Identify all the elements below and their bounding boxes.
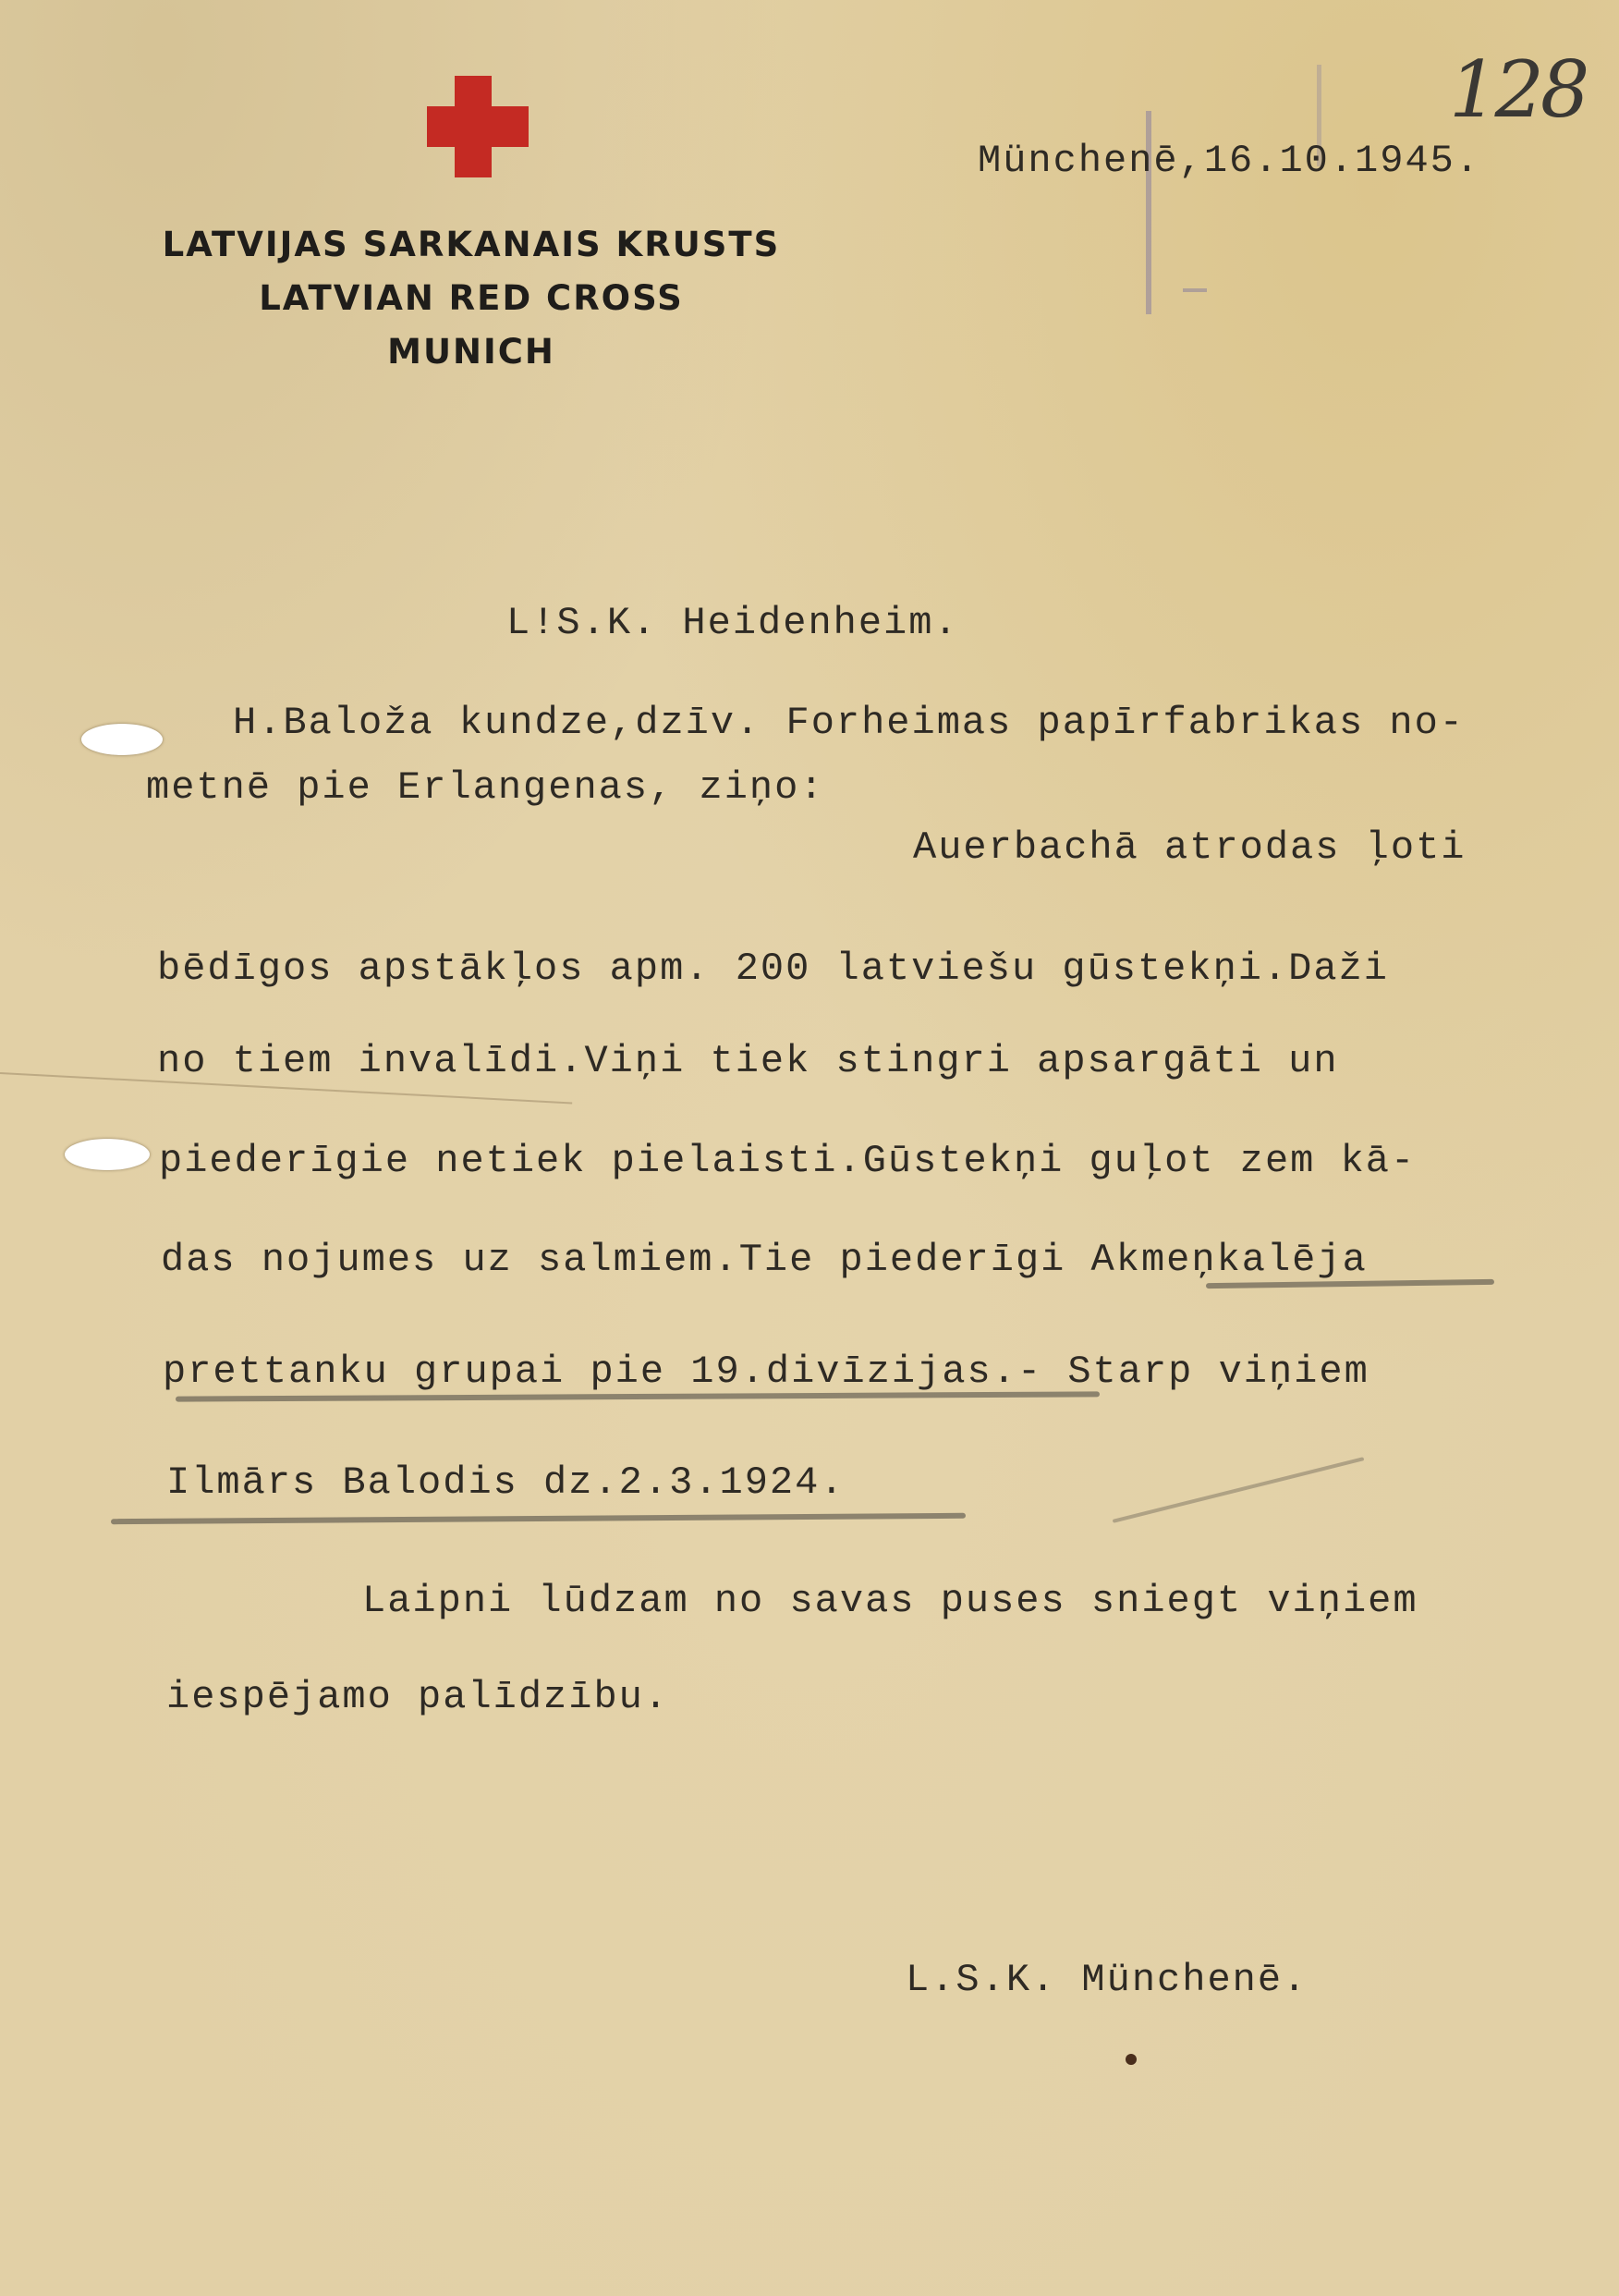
body-line: piederīgie netiek pielaisti.Gūstekņi guļ… xyxy=(159,1139,1416,1183)
folio-number: 128 xyxy=(1449,44,1586,135)
place-date: Münchenē,16.10.1945. xyxy=(978,139,1480,183)
punch-hole xyxy=(65,1139,150,1170)
letterhead: LATVIJAS SARKANAIS KRUSTS LATVIAN RED CR… xyxy=(139,218,804,379)
body-line: metnē pie Erlangenas, ziņo: xyxy=(146,765,825,810)
body-line: H.Baloža kundze,dzīv. Forheimas papīrfab… xyxy=(233,701,1465,745)
body-line: das nojumes uz salmiem.Tie piederīgi Akm… xyxy=(161,1238,1368,1282)
body-line: Auerbachā atrodas ļoti xyxy=(913,825,1467,870)
ink-dot xyxy=(1126,2054,1137,2065)
letterhead-org-english: LATVIAN RED CROSS xyxy=(139,272,804,325)
body-line: prettanku grupai pie 19.divīzijas.- Star… xyxy=(163,1350,1369,1394)
letterhead-org-latvian: LATVIJAS SARKANAIS KRUSTS xyxy=(139,218,804,272)
body-line: iespējamo palīdzību. xyxy=(166,1675,669,1719)
signature-sender: L.S.K. Münchenē. xyxy=(906,1958,1308,2002)
addressee: L!S.K. Heidenheim. xyxy=(506,601,959,645)
punch-hole xyxy=(81,724,163,755)
body-line: bēdīgos apstākļos apm. 200 latviešu gūst… xyxy=(157,946,1389,991)
faint-stamp-mark xyxy=(1183,288,1207,292)
letterhead-city: MUNICH xyxy=(139,325,804,379)
pencil-stroke xyxy=(1113,1457,1365,1523)
pencil-underline xyxy=(111,1513,966,1524)
body-line-highlighted-name: Ilmārs Balodis dz.2.3.1924. xyxy=(166,1460,846,1505)
body-line: Laipni lūdzam no savas puses sniegt viņi… xyxy=(362,1579,1418,1623)
body-line: no tiem invalīdi.Viņi tiek stingri apsar… xyxy=(157,1039,1339,1083)
